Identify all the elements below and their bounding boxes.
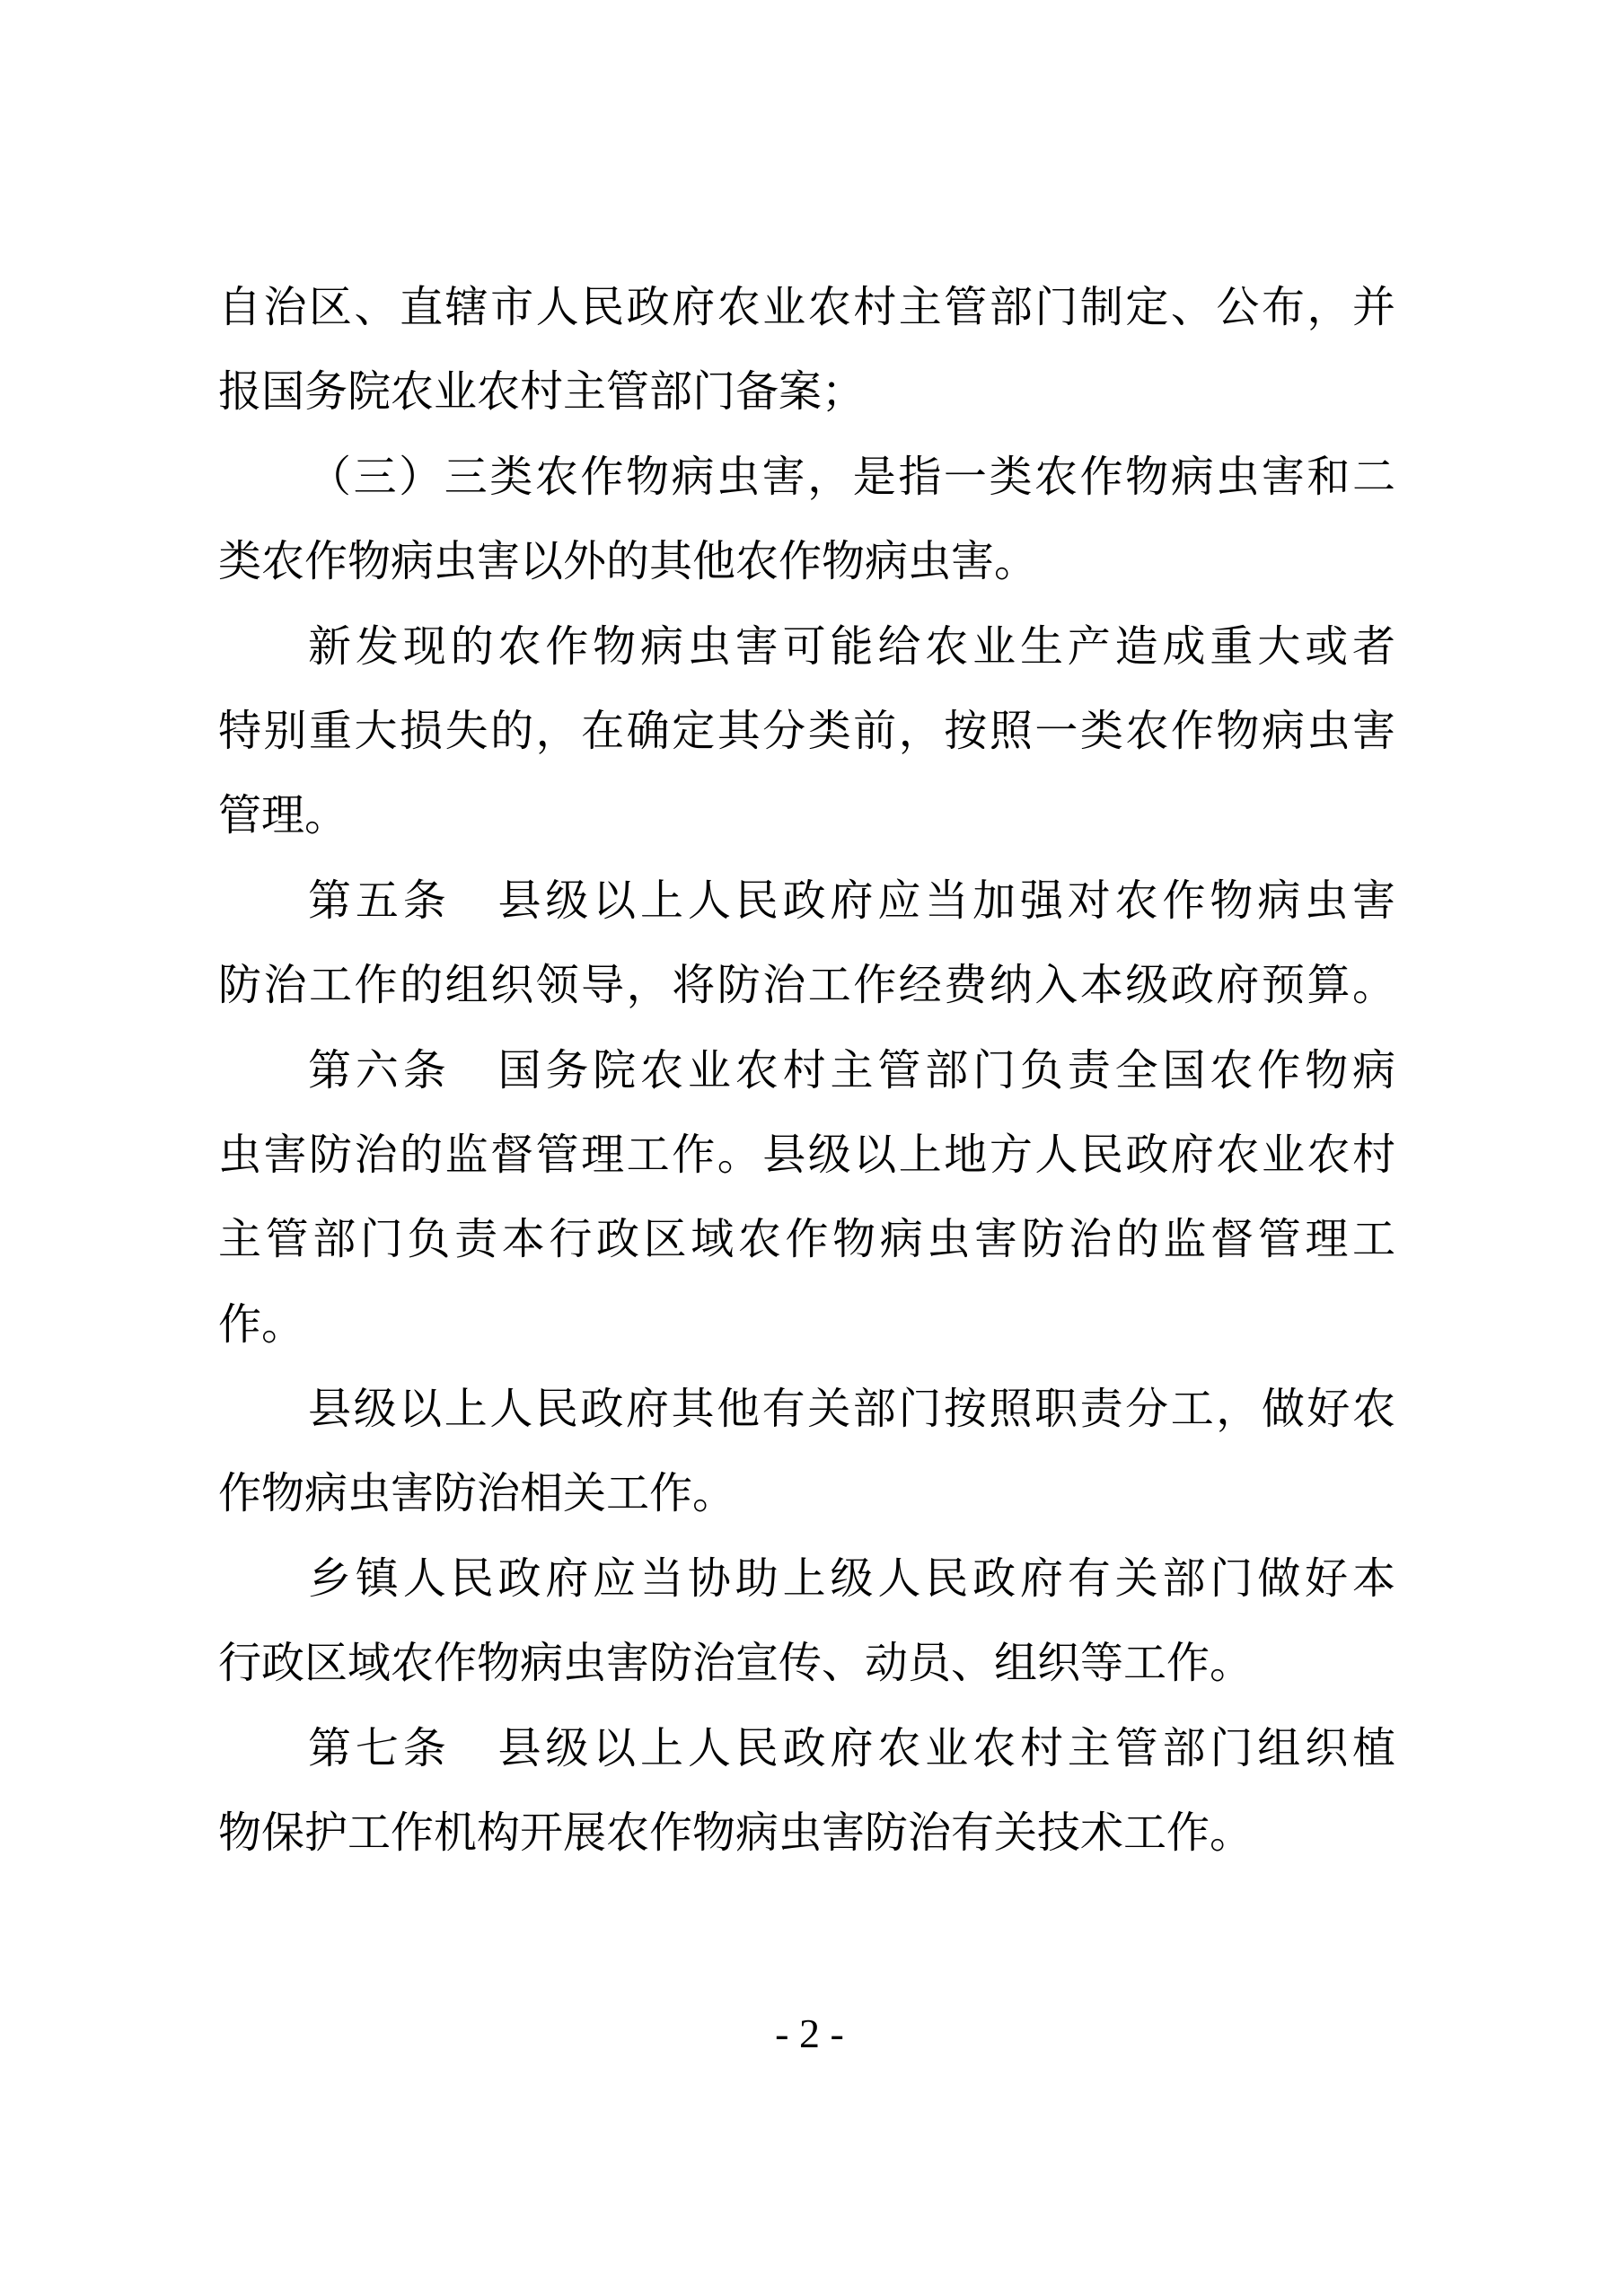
text-line: 类农作物病虫害以外的其他农作物病虫害。 bbox=[218, 520, 1395, 604]
document-page: 自治区、直辖市人民政府农业农村主管部门制定、公布，并报国务院农业农村主管部门备案… bbox=[0, 0, 1619, 2296]
text-line: 第七条 县级以上人民政府农业农村主管部门组织植 bbox=[218, 1707, 1395, 1791]
text-block: 自治区、直辖市人民政府农业农村主管部门制定、公布，并报国务院农业农村主管部门备案… bbox=[218, 266, 1395, 1876]
text-line: 第六条 国务院农业农村主管部门负责全国农作物病 bbox=[218, 1029, 1395, 1113]
text-line: 虫害防治的监督管理工作。县级以上地方人民政府农业农村 bbox=[218, 1113, 1395, 1198]
text-line: 报国务院农业农村主管部门备案； bbox=[218, 350, 1395, 435]
text-line: 自治区、直辖市人民政府农业农村主管部门制定、公布，并 bbox=[218, 266, 1395, 350]
text-line: 县级以上人民政府其他有关部门按照职责分工，做好农 bbox=[218, 1368, 1395, 1452]
text-line: 作物病虫害防治相关工作。 bbox=[218, 1452, 1395, 1536]
text-line: 行政区域农作物病虫害防治宣传、动员、组织等工作。 bbox=[218, 1622, 1395, 1706]
text-line: 特别重大损失的，在确定其分类前，按照一类农作物病虫害 bbox=[218, 690, 1395, 774]
text-line: 主管部门负责本行政区域农作物病虫害防治的监督管理工 bbox=[218, 1198, 1395, 1282]
text-line: 物保护工作机构开展农作物病虫害防治有关技术工作。 bbox=[218, 1791, 1395, 1876]
text-line: 新发现的农作物病虫害可能给农业生产造成重大或者 bbox=[218, 605, 1395, 690]
text-line: 管理。 bbox=[218, 774, 1395, 858]
text-line: 作。 bbox=[218, 1283, 1395, 1368]
text-line: 乡镇人民政府应当协助上级人民政府有关部门做好本 bbox=[218, 1537, 1395, 1622]
text-line: （三）三类农作物病虫害，是指一类农作物病虫害和二 bbox=[218, 435, 1395, 520]
text-line: 第五条 县级以上人民政府应当加强对农作物病虫害 bbox=[218, 859, 1395, 944]
page-number: - 2 - bbox=[0, 2007, 1619, 2061]
text-line: 防治工作的组织领导，将防治工作经费纳入本级政府预算。 bbox=[218, 944, 1395, 1028]
